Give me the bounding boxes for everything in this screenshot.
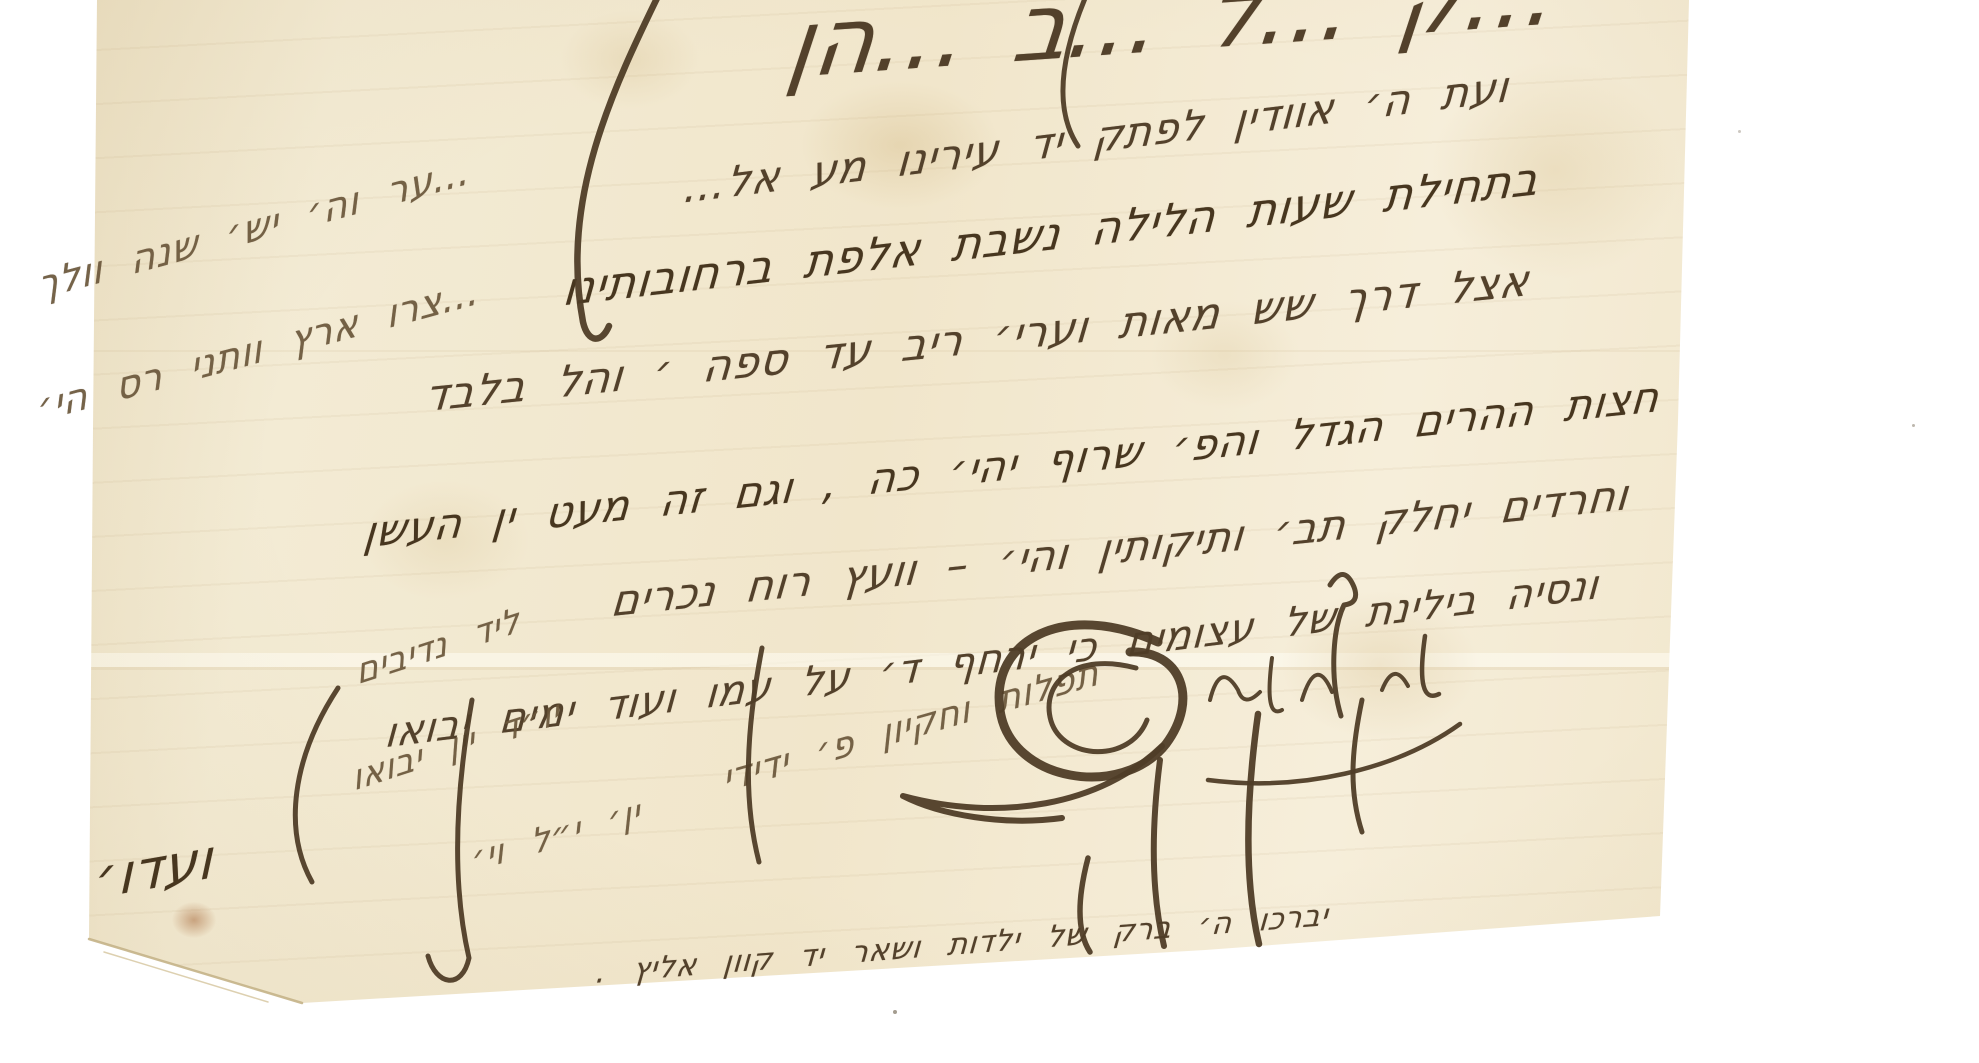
dust-speck — [893, 1010, 897, 1014]
scanned-letter-page: …ק …ל …ב …הן ועת ה׳ אוודין לפתק יד עירינ… — [0, 0, 1979, 1063]
dust-speck — [1738, 130, 1741, 133]
dust-speck — [1912, 424, 1915, 427]
